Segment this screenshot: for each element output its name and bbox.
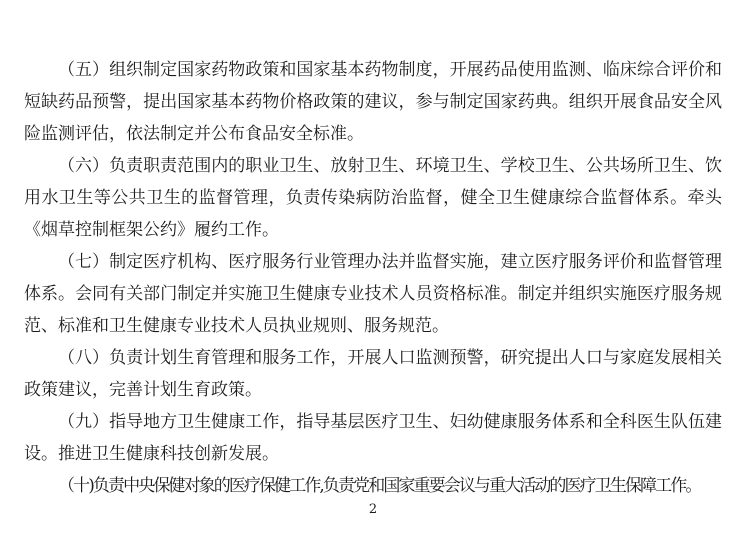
paragraph-item-6: （六）负责职责范围内的职业卫生、放射卫生、环境卫生、学校卫生、公共场所卫生、饮用… [24, 150, 722, 246]
paragraph-item-9: （九）指导地方卫生健康工作，指导基层医疗卫生、妇幼健康服务体系和全科医生队伍建设… [24, 406, 722, 470]
paragraph-item-5: （五）组织制定国家药物政策和国家基本药物制度，开展药品使用监测、临床综合评价和短… [24, 54, 722, 150]
paragraph-item-8: （八）负责计划生育管理和服务工作，开展人口监测预警，研究提出人口与家庭发展相关政… [24, 342, 722, 406]
document-body: （五）组织制定国家药物政策和国家基本药物制度，开展药品使用监测、临床综合评价和短… [24, 54, 722, 502]
paragraph-item-7: （七）制定医疗机构、医疗服务行业管理办法并监督实施，建立医疗服务评价和监督管理体… [24, 246, 722, 342]
page-number: 2 [0, 501, 746, 519]
paragraph-item-10: （十)负责中央保健对象的医疗保健工作,负责党和国家重要会议与重大活动的医疗卫生保… [24, 470, 722, 502]
document-page: （五）组织制定国家药物政策和国家基本药物制度，开展药品使用监测、临床综合评价和短… [0, 0, 746, 560]
